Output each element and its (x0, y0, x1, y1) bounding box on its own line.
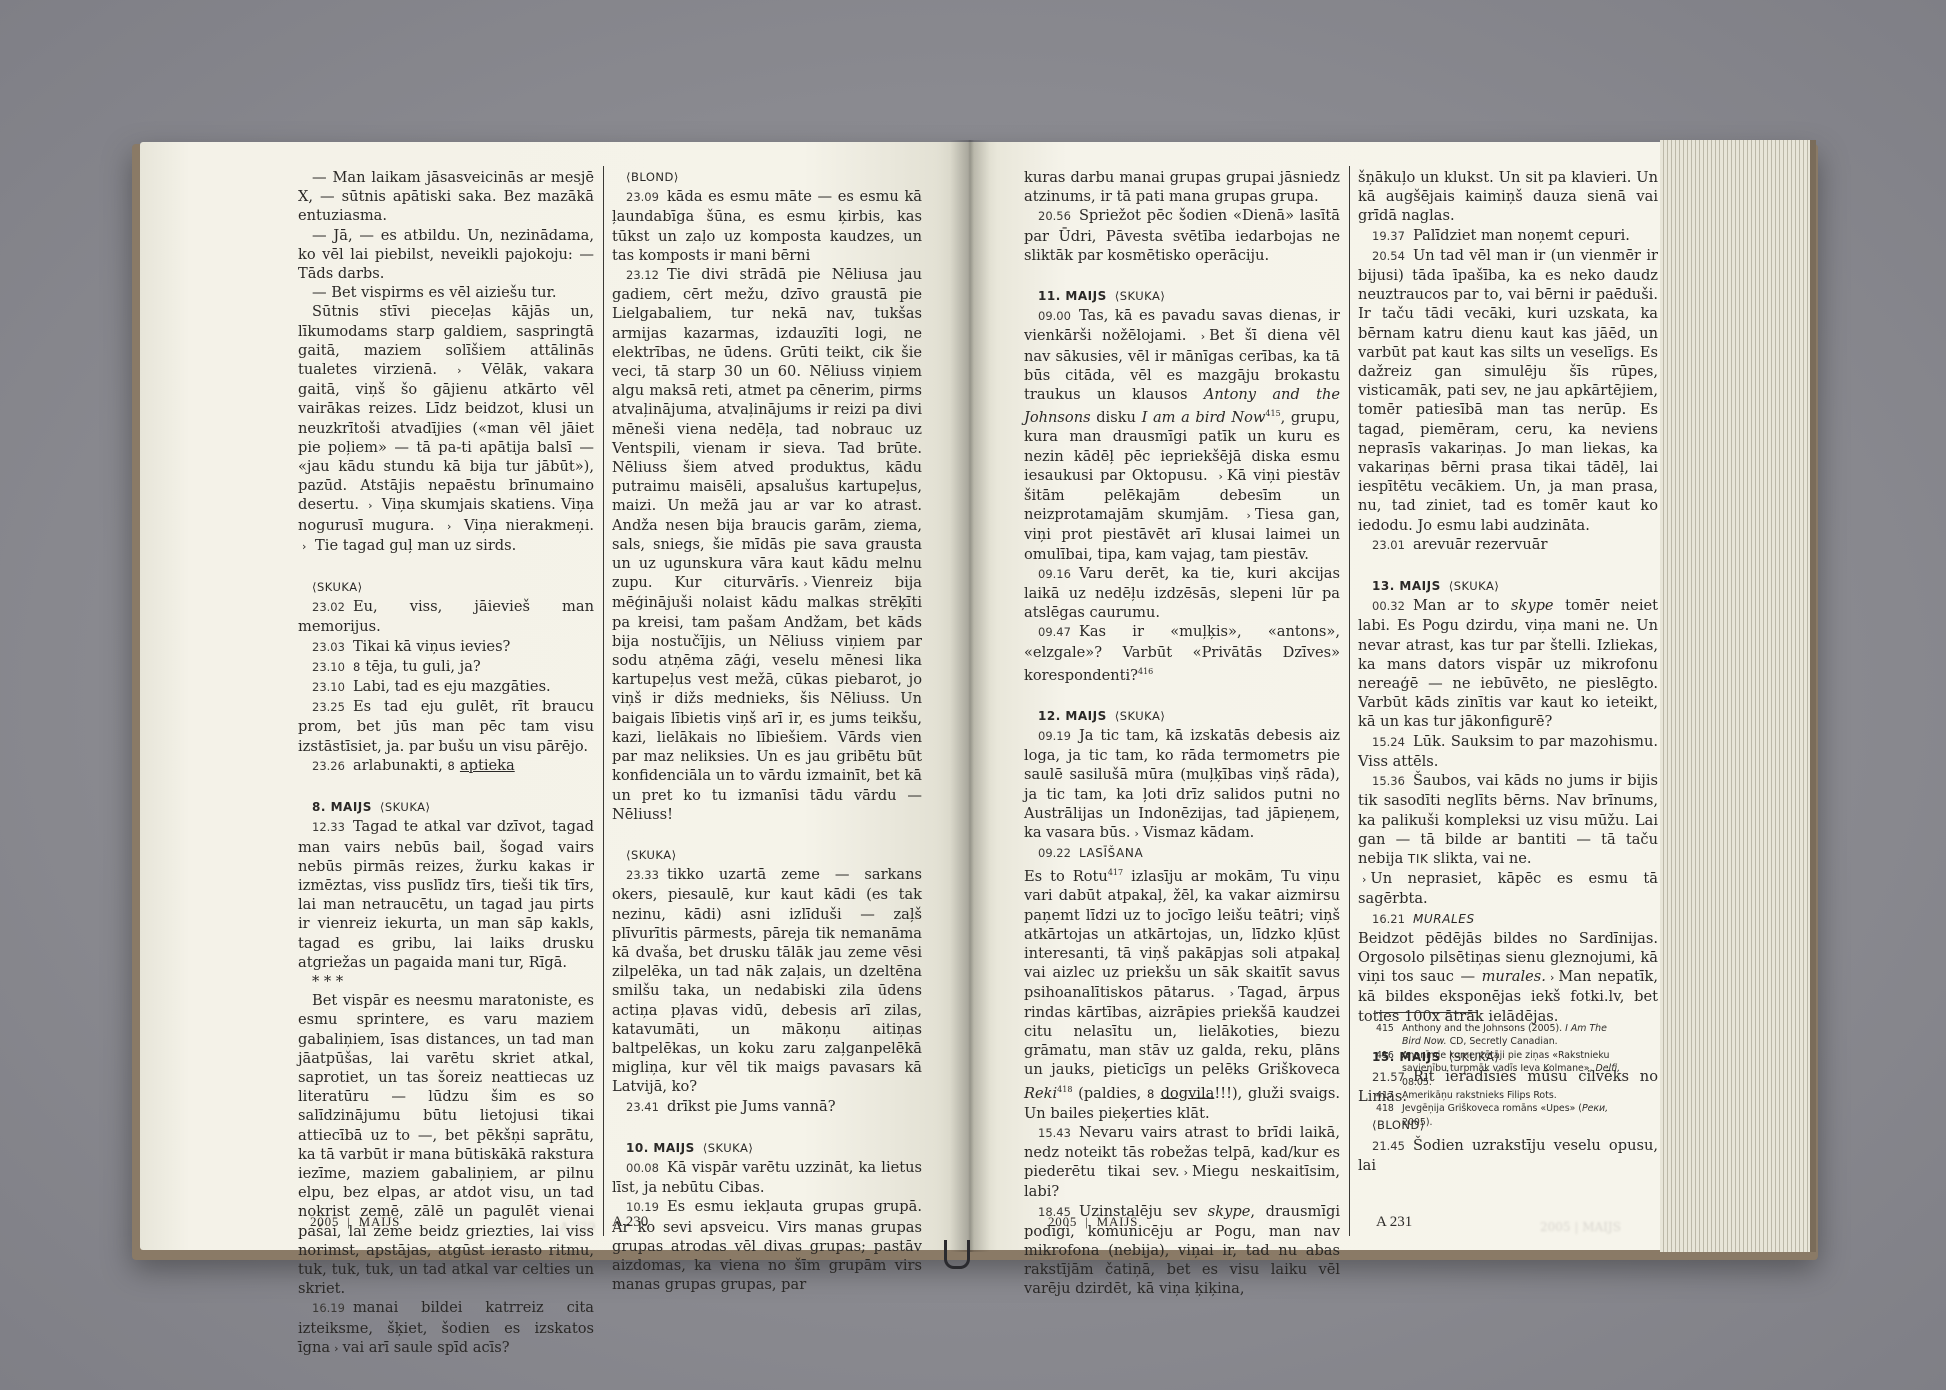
footnote-ref-418[interactable]: 418 (1057, 1085, 1072, 1094)
diary-entry: 23.25Es tad eju gulēt, rīt braucu prom, … (298, 697, 594, 756)
section-break: * * * (298, 972, 594, 991)
link-dogvila[interactable]: dogvila (1161, 1084, 1215, 1101)
spine-gutter (950, 140, 990, 1252)
day-heading-13-maijs: 13. MAIJS⟨SKUKA⟩ (1358, 577, 1658, 596)
paragraph: šņākuļo un klukst. Un sit pa klavieri. U… (1358, 168, 1658, 226)
arrow-icon: › (457, 364, 461, 377)
paragraph: — Man laikam jāsasveicinās ar mesjē X, —… (298, 168, 594, 226)
column-divider (1349, 166, 1350, 1236)
speaker-tag: ⟨SKUKA⟩ (612, 846, 922, 865)
diary-entry: 09.19Ja tic tam, kā izskatās debesis aiz… (1024, 726, 1340, 843)
diary-entry: 23.26arlabunakti, 8 aptieka (298, 756, 594, 776)
diary-entry: 23.10Labi, tad es eju mazgāties. (298, 677, 594, 697)
phone-icon: 8 (353, 660, 361, 674)
column-divider (603, 166, 604, 1236)
diary-entry: 12.33Tagad te atkal var dzīvot, tagad ma… (298, 817, 594, 972)
diary-entry: 20.54Un tad vēl man ir (un vienmēr ir bi… (1358, 246, 1658, 535)
diary-entry: 09.00Tas, kā es pavadu savas dienas, ir … (1024, 306, 1340, 564)
day-heading-10-maijs: 10. MAIJS⟨SKUKA⟩ (612, 1139, 922, 1158)
arrow-icon: › (1184, 1166, 1188, 1179)
column-1: — Man laikam jāsasveicinās ar mesjē X, —… (298, 168, 594, 1358)
diary-entry: 23.09kāda es esmu māte — es esmu kā ļaun… (612, 187, 922, 265)
day-heading-11-maijs: 11. MAIJS⟨SKUKA⟩ (1024, 287, 1340, 306)
paragraph: Bet vispār es neesmu maratoniste, es esm… (298, 991, 594, 1298)
diary-entry: 19.37Palīdziet man noņemt cepuri. (1358, 226, 1658, 246)
footnotes: 415Anthony and the Johnsons (2005). I Am… (1376, 1022, 1626, 1129)
diary-entry: 16.19manai bildei katrreiz cita izteiksm… (298, 1298, 594, 1358)
diary-entry: 23.01arevuār rezervuār (1358, 535, 1658, 555)
arrow-icon: › (1230, 987, 1234, 1000)
paragraph: — Jā, — es atbildu. Un, nezinādama, ko v… (298, 226, 594, 284)
footnote-415: 415Anthony and the Johnsons (2005). I Am… (1376, 1022, 1626, 1049)
arrow-icon: › (803, 577, 807, 590)
footnote-rule (1376, 1012, 1478, 1013)
diary-entry: 16.21MURALES (1358, 909, 1658, 929)
diary-entry: 00.08Kā vispār varētu uzzināt, ka lietus… (612, 1158, 922, 1197)
paragraph: — Bet vispirms es vēl aiziešu tur. (298, 283, 594, 302)
paragraph: ›Un neprasiet, kāpēc es esmu tā sagērbta… (1358, 869, 1658, 908)
paragraph: Sūtnis stīvi pieceļas kājās un, līkumoda… (298, 302, 594, 556)
diary-entry: 23.108 tēja, tu guli, ja? (298, 657, 594, 677)
footnote-ref-416[interactable]: 416 (1138, 667, 1153, 676)
diary-entry: 00.32Man ar to skype tomēr neiet labi. E… (1358, 596, 1658, 731)
footnote-ref-415[interactable]: 415 (1265, 409, 1280, 418)
arrow-icon: › (1247, 509, 1251, 522)
diary-entry: 09.47Kas ir «muļķis», «antons», «elzgale… (1024, 622, 1340, 684)
diary-entry: 23.12Tie divi strādā pie Nēliusa jau gad… (612, 265, 922, 824)
footnote-417: 417Amerikāņu rakstnieks Filips Rots. (1376, 1089, 1626, 1102)
diary-entry: 23.41drīkst pie Jums vannā? (612, 1097, 922, 1117)
paragraph: kuras darbu manai grupas grupai jāsniedz… (1024, 168, 1340, 206)
column-3: kuras darbu manai grupas grupai jāsniedz… (1024, 168, 1340, 1299)
speaker-tag: ⟨SKUKA⟩ (298, 578, 594, 597)
diary-entry: 21.45Šodien uzrakstīju veselu opusu, lai (1358, 1136, 1658, 1175)
arrow-icon: › (334, 1342, 338, 1355)
page-edges (1660, 140, 1816, 1252)
diary-entry: 10.19Es esmu iekļauta grupas grupā. Ar k… (612, 1197, 922, 1294)
page-number-right: A 231 (1376, 1214, 1412, 1231)
running-footer-right: 2005|MAIJS (1048, 1214, 1138, 1230)
footnote-416: 416Anonīmie komentētāji pie ziņas «Rakst… (1376, 1049, 1626, 1089)
diary-entry: 15.36Šaubos, vai kāds no jums ir bijis t… (1358, 771, 1658, 869)
phone-icon: 8 (1147, 1086, 1155, 1100)
arrow-icon: › (302, 540, 306, 553)
page-number-left: A 230 (612, 1214, 648, 1231)
bookmark-ribbon[interactable] (944, 1240, 970, 1269)
show-through-text: 2005 | MAIJS (1540, 1220, 1621, 1234)
paragraph: Es to Rotu417 izlasīju ar mokām, Tu viņu… (1024, 863, 1340, 1122)
diary-entry: 23.02Eu, viss, jāievieš man memorijus. (298, 597, 594, 636)
column-2: ⟨BLOND⟩ 23.09kāda es esmu māte — es esmu… (612, 168, 922, 1294)
arrow-icon: › (1201, 330, 1205, 343)
diary-entry: 23.33tikko uzartā zeme — sarkans okers, … (612, 865, 922, 1096)
arrow-icon: › (368, 499, 372, 512)
arrow-icon: › (1550, 971, 1554, 984)
diary-entry: 09.16Varu derēt, ka tie, kuri akcijas la… (1024, 564, 1340, 623)
footnote-418: 418Jevgēņija Griškoveca romāns «Upes» (Р… (1376, 1102, 1626, 1129)
arrow-icon: › (1218, 470, 1222, 483)
day-heading-12-maijs: 12. MAIJS⟨SKUKA⟩ (1024, 707, 1340, 726)
diary-entry: 15.43Nevaru vairs atrast to brīdi laikā,… (1024, 1123, 1340, 1202)
arrow-icon: › (447, 520, 451, 533)
speaker-tag: ⟨BLOND⟩ (612, 168, 922, 187)
diary-entry: 15.24Lūk. Sauksim to par mazohismu. Viss… (1358, 732, 1658, 771)
arrow-icon: › (1135, 827, 1139, 840)
phone-icon: 8 (447, 759, 455, 773)
arrow-icon: › (1362, 873, 1366, 886)
link-aptieka[interactable]: aptieka (460, 757, 515, 774)
diary-entry: 09.22LASĪŠANA (1024, 843, 1340, 863)
running-footer-left: 2005|MAIJS (310, 1214, 400, 1230)
diary-entry: 20.56Spriežot pēc šodien «Dienā» lasītā … (1024, 206, 1340, 265)
footnote-ref-417[interactable]: 417 (1108, 868, 1123, 877)
diary-entry: 23.03Tikai kā viņus ievies? (298, 637, 594, 657)
day-heading-8-maijs: 8. MAIJS⟨SKUKA⟩ (298, 798, 594, 817)
